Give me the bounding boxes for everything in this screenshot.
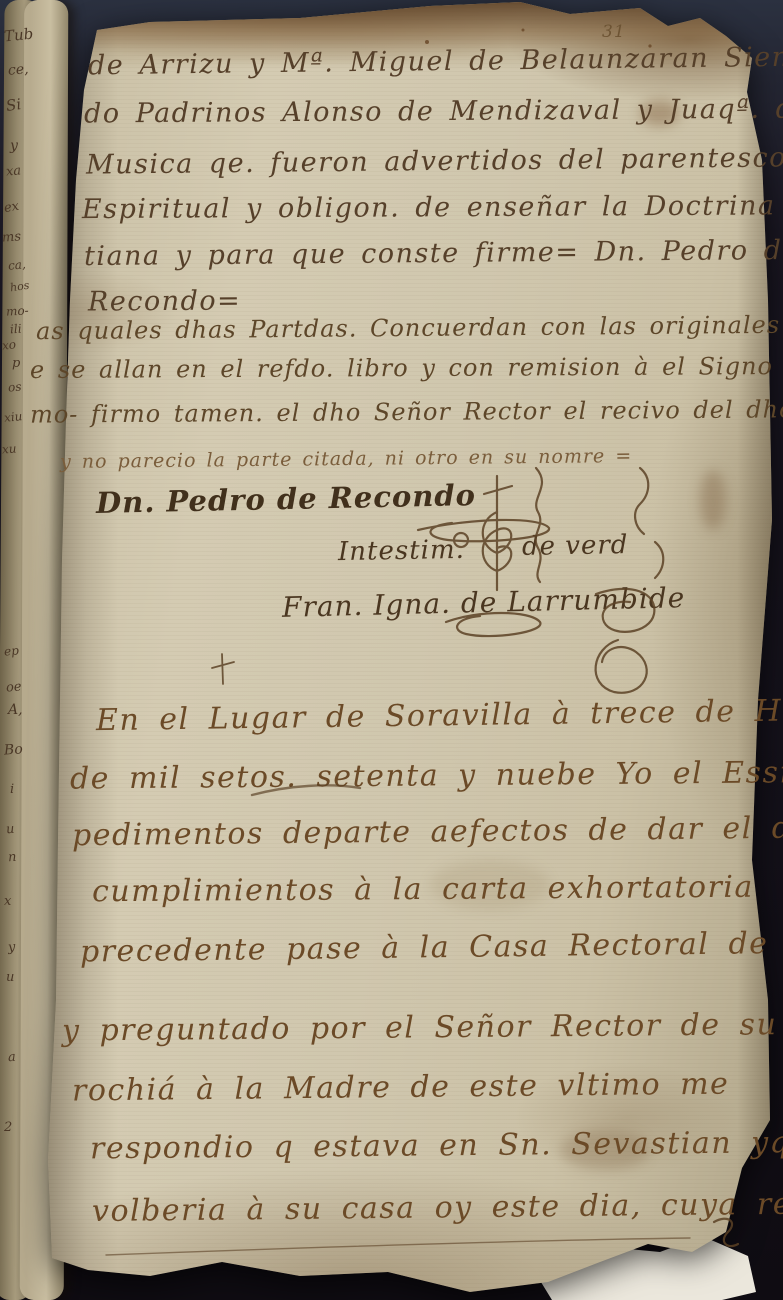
gutter-text-fragment: i (10, 782, 14, 797)
entry3-line: pedimentos departe aefectos de dar el de… (72, 810, 783, 853)
attestation-text-left: Intestim. (338, 535, 465, 567)
gutter-text-fragment: xo (1, 337, 16, 352)
entry3-line: de mil setos. setenta y nuebe Yo el Essn… (70, 754, 783, 796)
gutter-text-fragment: 2 (4, 1120, 12, 1135)
gutter-text-fragment: os (7, 379, 22, 394)
gutter-text-fragment: u (6, 970, 14, 985)
entry2-line: e se allan en el refdo. libro y con remi… (30, 352, 783, 384)
gutter-text-fragment: u (5, 822, 15, 838)
gutter-text-fragment: hos (9, 279, 30, 295)
attestation-text-right: de verd (522, 530, 629, 562)
entry1-line: Recondo= (88, 285, 241, 317)
entry1-line: Espiritual y obligon. de enseñar la Doct… (82, 190, 783, 225)
entry3-line: volberia à su casa oy este dia, cuya res… (92, 1186, 783, 1229)
gutter-text-fragment: xiu (3, 409, 23, 425)
entry2-line: mo- firmo tamen. el dho Señor Rector el … (30, 395, 783, 428)
gutter-text-fragment: ca, (7, 257, 26, 273)
gutter-text-fragment: Si (5, 95, 22, 115)
gutter-text-fragment: oe (5, 679, 22, 695)
gutter-text-fragment: Tub (3, 25, 34, 46)
gutter-text-fragment: ex (3, 199, 20, 216)
gutter-text-fragment: x (4, 894, 11, 909)
gutter-text-fragment: y (10, 138, 18, 154)
gutter-text-fragment: ep (3, 643, 19, 658)
gutter-text-fragment: p (12, 356, 20, 371)
ink-blotch (700, 470, 726, 530)
entry3-line: rochiá à la Madre de este vltimo me (72, 1067, 730, 1109)
gutter-text-fragment: mo- (6, 303, 29, 318)
entry3-line: y preguntado por el Señor Rector de su P… (62, 1007, 783, 1049)
gutter-text-fragment: xa (5, 163, 21, 179)
gutter-text-fragment: y (7, 940, 15, 955)
gutter-text-fragment: ms (1, 229, 21, 245)
gutter-text-fragment: n (8, 850, 17, 865)
gutter-text-fragment: ce, (7, 61, 29, 78)
entry3-line: cumplimientos à la carta exhortatoria (92, 870, 754, 910)
entry1-line: do Padrinos Alonso de Mendizaval y Juaqª… (84, 93, 783, 129)
folio-number: 31 (602, 22, 626, 42)
gutter-text-fragment: A, (8, 702, 23, 718)
gutter-text-fragment: a (7, 1050, 16, 1066)
entry3-line: respondio q estava en Sn. Sevastian yq. … (90, 1125, 783, 1167)
gutter-text-fragment: Bo (3, 741, 23, 758)
entry1-line: tiana y para que conste firme= Dn. Pedro… (84, 235, 783, 272)
gutter-text-fragment: ili (10, 322, 22, 337)
gutter-text-fragment: xu (2, 442, 17, 457)
manuscript-photo: 31 de Arrizu y Mª. Miguel de Belaunzaran… (0, 0, 783, 1300)
